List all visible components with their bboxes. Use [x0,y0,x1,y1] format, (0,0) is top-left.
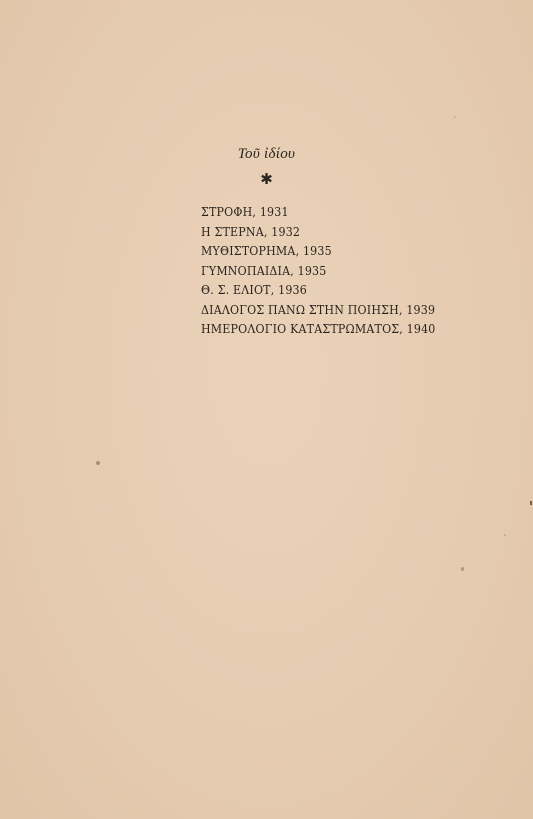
paper-speck [461,567,464,571]
work-item: ΣΤΡΟΦΗ, 1931 [201,203,436,223]
paper-speck [454,116,456,118]
work-item: Θ. Σ. ΕΛΙΟΤ, 1936 [201,281,436,301]
works-list: ΣΤΡΟΦΗ, 1931 Η ΣΤΕΡΝΑ, 1932 ΜΥΘΙΣΤΟΡΗΜΑ,… [201,203,456,340]
book-page: Τοῦ ἰδίου ✱ ΣΤΡΟΦΗ, 1931 Η ΣΤΕΡΝΑ, 1932 … [0,0,533,819]
work-item: ΗΜΕΡΟΛΟΓΙΟ ΚΑΤΑΣΤΡΩΜΑΤΟΣ, 1940 [201,320,436,340]
work-item: ΓΥΜΝΟΠΑΙΔΙΑ, 1935 [201,262,436,282]
paper-edge-mark [530,501,532,505]
work-item: ΔΙΑΛΟΓΟΣ ΠΑΝΩ ΣΤΗΝ ΠΟΙΗΣΗ, 1939 [201,301,436,321]
work-item: Η ΣΤΕΡΝΑ, 1932 [201,223,436,243]
page-heading: Τοῦ ἰδίου [0,146,533,163]
paper-speck [96,461,100,465]
asterisk-ornament-icon: ✱ [0,170,533,188]
work-item: ΜΥΘΙΣΤΟΡΗΜΑ, 1935 [201,242,436,262]
paper-speck [504,534,506,536]
